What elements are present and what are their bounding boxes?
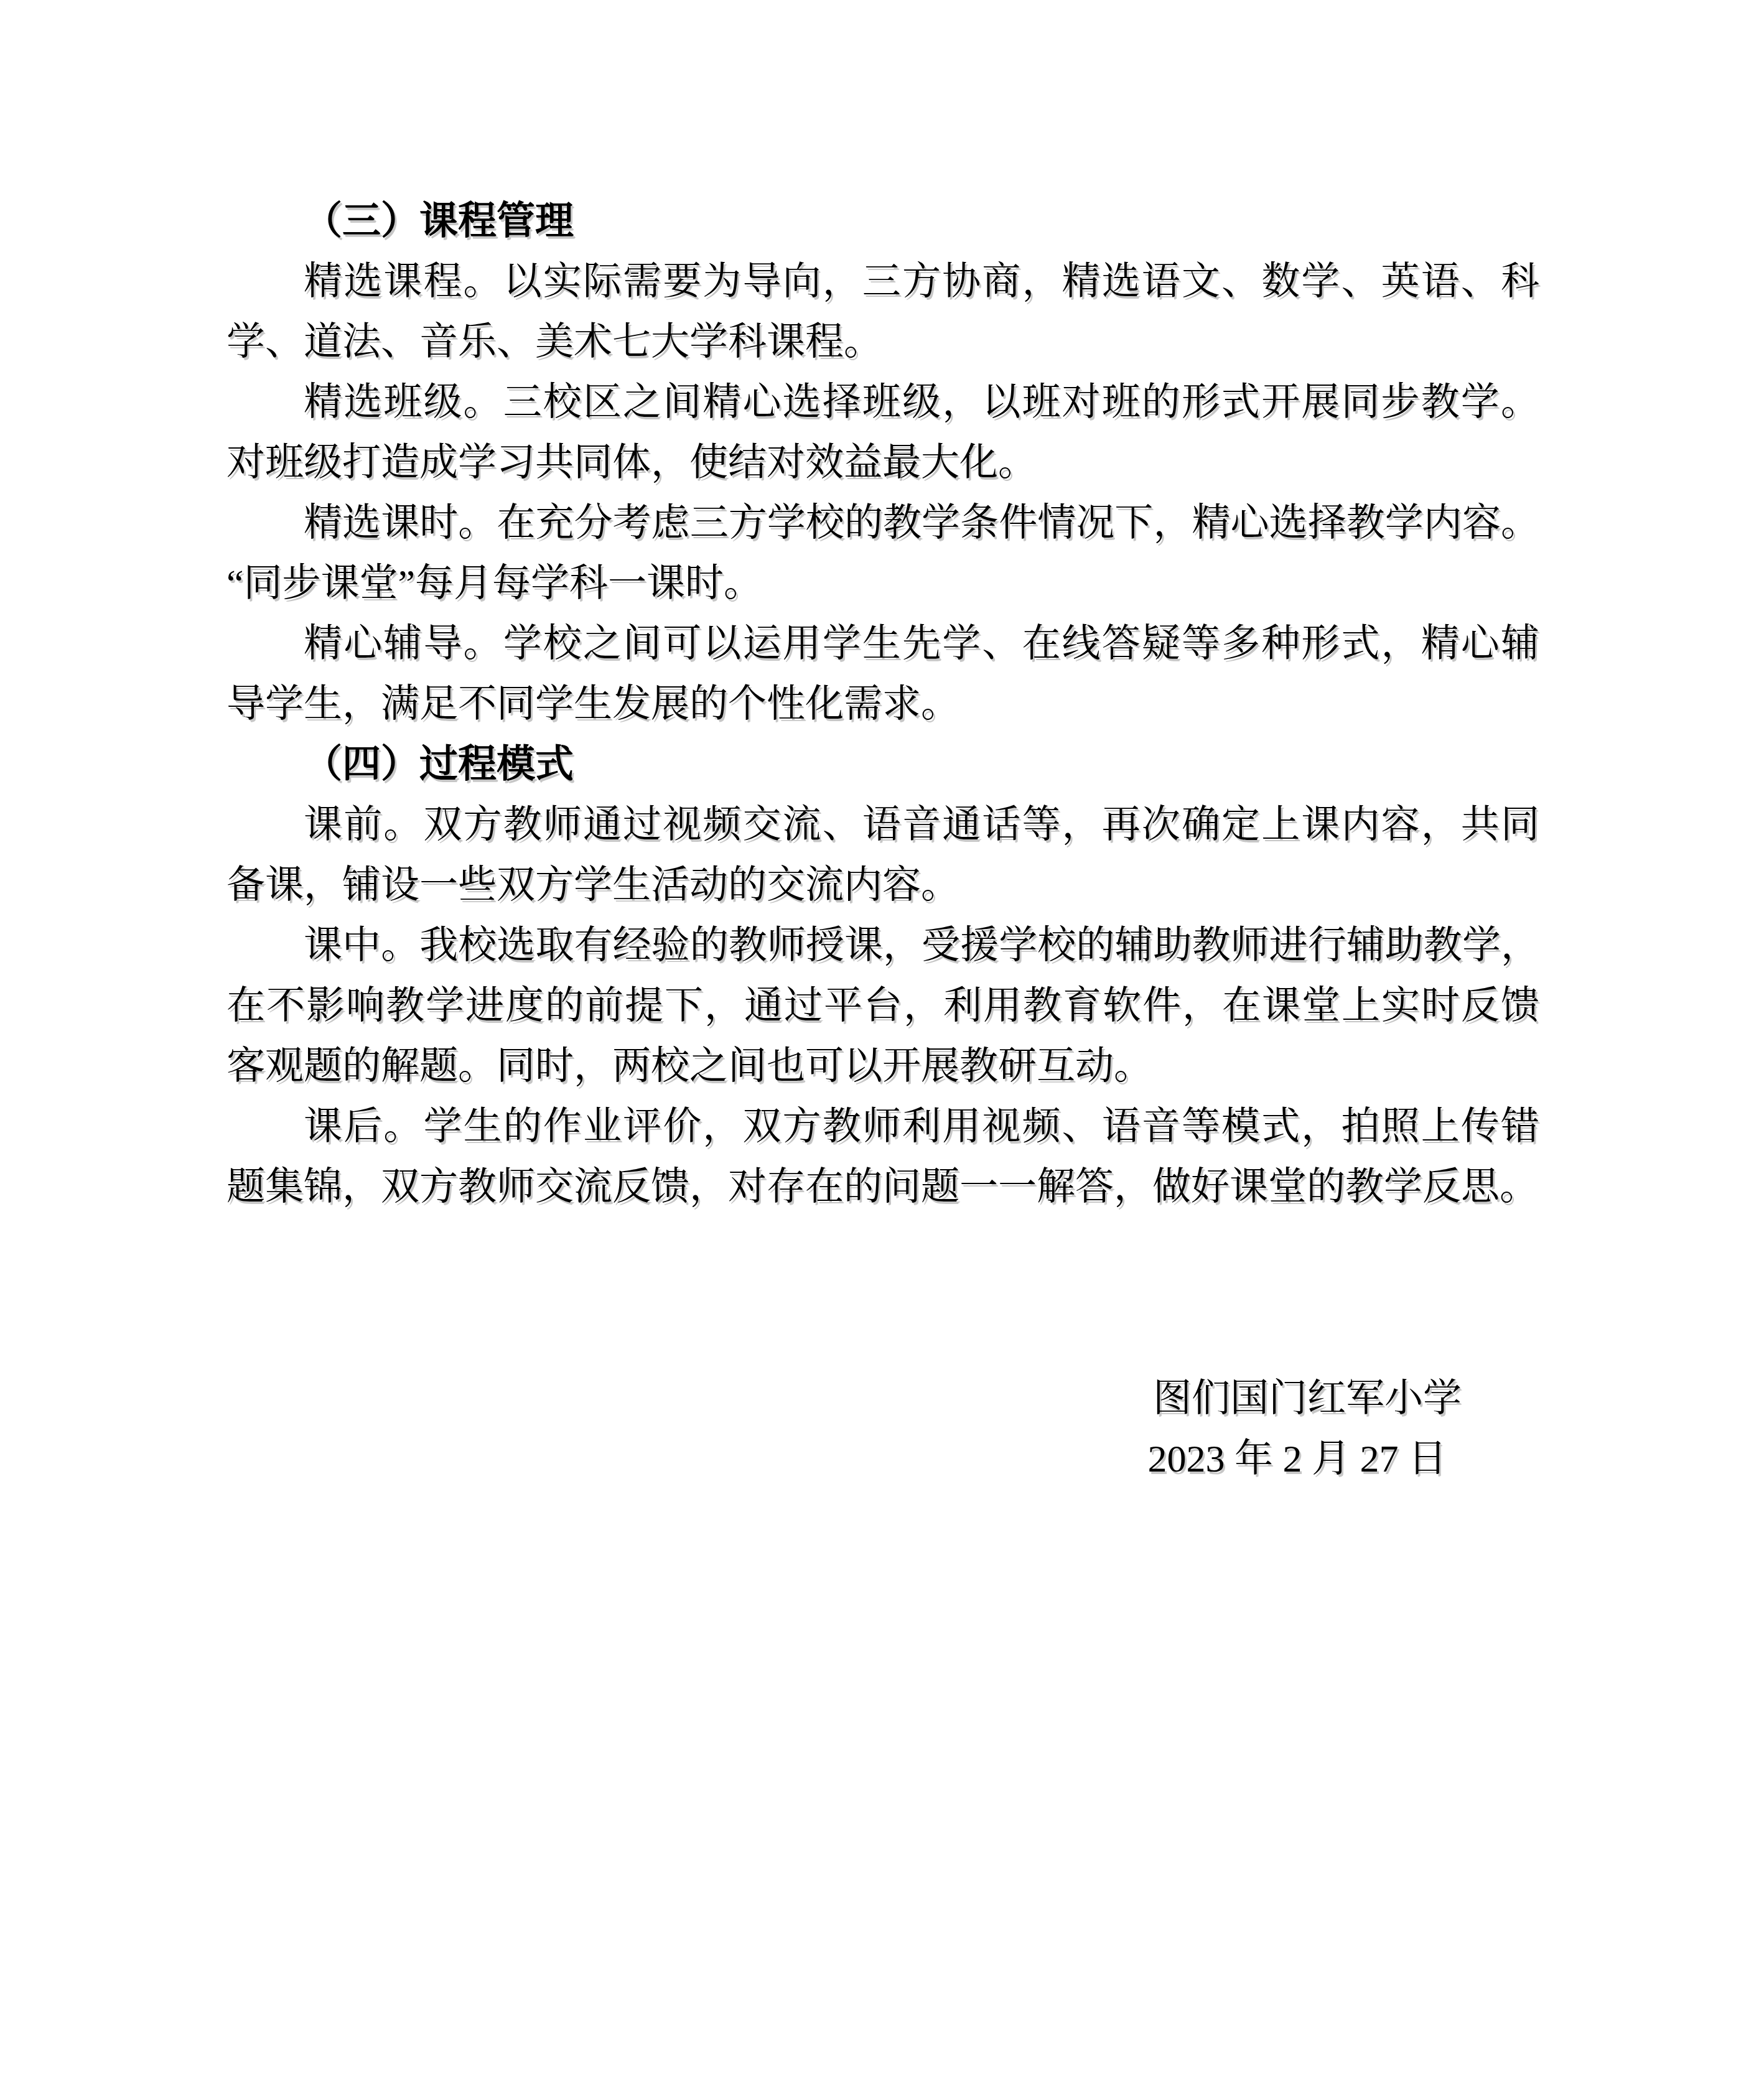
section-heading-3: （三）课程管理	[226, 192, 1539, 252]
text-line: 题集锦，双方教师交流反馈，对存在的问题一一解答，做好课堂的教学反思。	[226, 1157, 1539, 1218]
text-line: 精选课时。在充分考虑三方学校的教学条件情况下，精心选择教学内容。	[226, 493, 1539, 554]
signature-organization: 图们国门红军小学	[226, 1369, 1462, 1429]
text-line: 备课，铺设一些双方学生活动的交流内容。	[226, 856, 1539, 916]
text-line: 精选班级。三校区之间精心选择班级，以班对班的形式开展同步教学。	[226, 373, 1539, 433]
text-line: 学、道法、音乐、美术七大学科课程。	[226, 312, 1539, 373]
document-page: （三）课程管理 精选课程。以实际需要为导向，三方协商，精选语文、数学、英语、科 …	[0, 0, 1764, 2095]
signature-block: 图们国门红军小学 2023 年 2 月 27 日	[226, 1369, 1539, 1490]
section-heading-4: （四）过程模式	[226, 735, 1539, 795]
text-line: 精心辅导。学校之间可以运用学生先学、在线答疑等多种形式，精心辅	[226, 614, 1539, 674]
text-line: 导学生，满足不同学生发展的个性化需求。	[226, 674, 1539, 735]
text-line: 精选课程。以实际需要为导向，三方协商，精选语文、数学、英语、科	[226, 252, 1539, 312]
text-line: 客观题的解题。同时，两校之间也可以开展教研互动。	[226, 1037, 1539, 1097]
text-line: “同步课堂”每月每学科一课时。	[226, 554, 1539, 614]
text-line: 在不影响教学进度的前提下，通过平台，利用教育软件，在课堂上实时反馈	[226, 976, 1539, 1037]
signature-date: 2023 年 2 月 27 日	[226, 1429, 1447, 1490]
text-line: 课中。我校选取有经验的教师授课，受援学校的辅助教师进行辅助教学，	[226, 916, 1539, 976]
text-line: 课后。学生的作业评价，双方教师利用视频、语音等模式，拍照上传错	[226, 1097, 1539, 1157]
document-body: （三）课程管理 精选课程。以实际需要为导向，三方协商，精选语文、数学、英语、科 …	[226, 192, 1539, 1490]
text-line: 对班级打造成学习共同体，使结对效益最大化。	[226, 433, 1539, 493]
text-line: 课前。双方教师通过视频交流、语音通话等，再次确定上课内容，共同	[226, 795, 1539, 856]
